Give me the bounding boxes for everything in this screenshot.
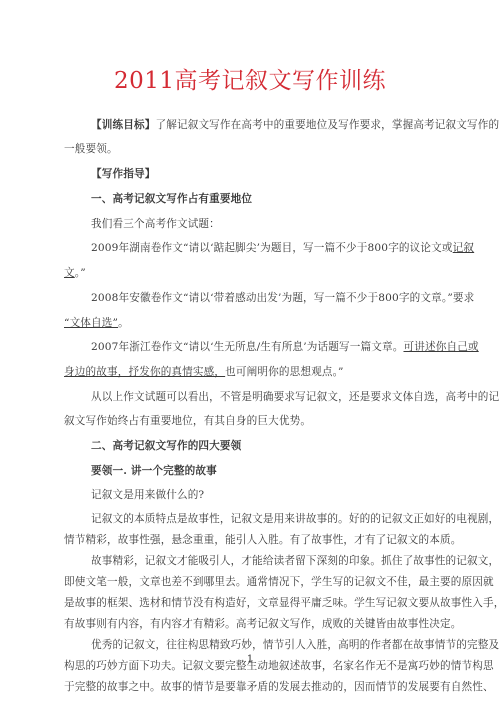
- text-line-q2009-1: 2009年湖南卷作文“请以‘踮起脚尖’为题目，写一篇不少于800字的议论文或记叙: [91, 241, 463, 255]
- line-text: 一、高考记叙文写作占有重要地位: [91, 193, 252, 205]
- text-line-section-1-heading: 一、高考记叙文写作占有重要地位: [91, 192, 463, 206]
- underlined-text: 可讲述你自己或: [403, 341, 478, 353]
- text-line-p1-1: 记叙文的本质特点是故事性，记叙文是用来讲故事的。好的的记叙文正如好的电视剧，: [91, 512, 463, 526]
- line-text: 优秀的记叙文，往往构思精致巧妙，情节引人入胜，高明的作者都在故事情节的完整及: [91, 639, 499, 651]
- line-text: 要领一. 讲一个完整的故事: [91, 465, 217, 477]
- text-line-goal-2: 一般要领。: [64, 142, 436, 156]
- line-text: 记叙文是用来做什么的?: [91, 489, 204, 501]
- line-text: 叙文写作始终占有重要地位，有其自身的巨大优势。: [64, 415, 311, 427]
- line-text: 记叙文的本质特点是故事性，记叙文是用来讲故事的。好的的记叙文正如好的电视剧，: [91, 513, 499, 525]
- underlined-text: 文: [64, 267, 75, 279]
- label-prefix: 【训练目标】: [91, 119, 155, 131]
- text-line-p2-1: 故事精彩，记叙文才能吸引人，才能给读者留下深刻的印象。抓住了故事性的记叙文，: [91, 554, 463, 568]
- underlined-text: 身边的故事，抒发你的真情实感，: [64, 366, 225, 378]
- text-line-conclusion-1: 从以上作文试题可以看出，不管是明确要求写记叙文，还是要求文体自选，高考中的记: [91, 390, 463, 404]
- line-text: 即使文笔一般，文章也差不到哪里去。通常情况下，学生写的记叙文不佳，最主要的原因就: [64, 576, 494, 588]
- text-line-p2-3: 是故事的框架、选材和情节没有构造好，文章显得平庸乏味。学生写记叙文要从故事性入手…: [64, 596, 436, 610]
- text-line-section-2-heading: 二、高考记叙文写作的四大要领: [91, 439, 463, 453]
- document-title: 2011高考记叙文写作训练: [0, 62, 500, 95]
- text-line-conclusion-2: 叙文写作始终占有重要地位，有其自身的巨大优势。: [64, 414, 436, 428]
- line-text: 从以上作文试题可以看出，不管是明确要求写记叙文，还是要求文体自选，高考中的记: [91, 391, 499, 403]
- text-line-p2-4: 有故事则有内容，有内容才有精彩。高考记叙文写作，成败的关键皆由故事性决定。: [64, 617, 436, 631]
- line-text: 。: [118, 317, 129, 329]
- underlined-text: 记叙: [453, 242, 475, 254]
- text-line-q2007-1: 2007年浙江卷作文“请以‘生无所息/生有所息’为话题写一篇文章。可讲述你自己或: [91, 340, 463, 354]
- text-line-guide-heading: 【写作指导】: [91, 167, 463, 181]
- line-text: 2009年湖南卷作文“请以‘踮起脚尖’为题目，写一篇不少于800字的议论文或: [91, 242, 453, 254]
- page-number: 1: [0, 654, 500, 665]
- text-line-p1-2: 情节精彩，故事性强，悬念重重，能引人入胜。有了故事性，才有了记叙文的本质。: [64, 533, 436, 547]
- line-text: 2008年安徽卷作文“请以‘带着感动出发’为题，写一篇不少于800字的文章。”要…: [91, 292, 474, 304]
- line-text: 故事精彩，记叙文才能吸引人，才能给读者留下深刻的印象。抓住了故事性的记叙文，: [91, 555, 499, 567]
- text-line-point-1-heading: 要领一. 讲一个完整的故事: [91, 464, 463, 478]
- line-text: 也可阐明你的思想观点。”: [225, 366, 343, 378]
- text-line-q2007-2: 身边的故事，抒发你的真情实感，也可阐明你的思想观点。”: [64, 365, 436, 379]
- text-line-q2008-2: “文体自选”。: [64, 316, 436, 330]
- line-text: 【写作指导】: [91, 168, 155, 180]
- text-line-intro: 我们看三个高考作文试题：: [91, 217, 463, 231]
- line-text: 。”: [75, 267, 86, 279]
- line-text: 2007年浙江卷作文“请以‘生无所息/生有所息’为话题写一篇文章。: [91, 341, 403, 353]
- line-text: 我们看三个高考作文试题：: [91, 218, 220, 230]
- document-page: 2011高考记叙文写作训练 【训练目标】了解记叙文写作在高考中的重要地位及写作要…: [0, 0, 500, 707]
- line-text: 于完整的故事之中。故事的情节是要靠矛盾的发展去推动的，因而情节的发展要有自然性、: [64, 681, 494, 693]
- underlined-text: “文体自选”: [64, 317, 118, 329]
- text-line-goal-1: 【训练目标】了解记叙文写作在高考中的重要地位及写作要求，掌握高考记叙文写作的: [91, 118, 463, 132]
- line-text: 了解记叙文写作在高考中的重要地位及写作要求，掌握高考记叙文写作的: [155, 119, 499, 131]
- line-text: 二、高考记叙文写作的四大要领: [91, 440, 241, 452]
- text-line-question: 记叙文是用来做什么的?: [91, 488, 463, 502]
- text-line-q2009-2: 文。”: [64, 266, 436, 280]
- line-text: 情节精彩，故事性强，悬念重重，能引人入胜。有了故事性，才有了记叙文的本质。: [64, 534, 462, 546]
- text-line-p3-3: 于完整的故事之中。故事的情节是要靠矛盾的发展去推动的，因而情节的发展要有自然性、: [64, 680, 436, 694]
- line-text: 有故事则有内容，有内容才有精彩。高考记叙文写作，成败的关键皆由故事性决定。: [64, 618, 462, 630]
- line-text: 是故事的框架、选材和情节没有构造好，文章显得平庸乏味。学生写记叙文要从故事性入手…: [64, 597, 500, 609]
- text-line-p2-2: 即使文笔一般，文章也差不到哪里去。通常情况下，学生写的记叙文不佳，最主要的原因就: [64, 575, 436, 589]
- text-line-q2008-1: 2008年安徽卷作文“请以‘带着感动出发’为题，写一篇不少于800字的文章。”要…: [91, 291, 463, 305]
- text-line-p3-1: 优秀的记叙文，往往构思精致巧妙，情节引人入胜，高明的作者都在故事情节的完整及: [91, 638, 463, 652]
- line-text: 一般要领。: [64, 143, 118, 155]
